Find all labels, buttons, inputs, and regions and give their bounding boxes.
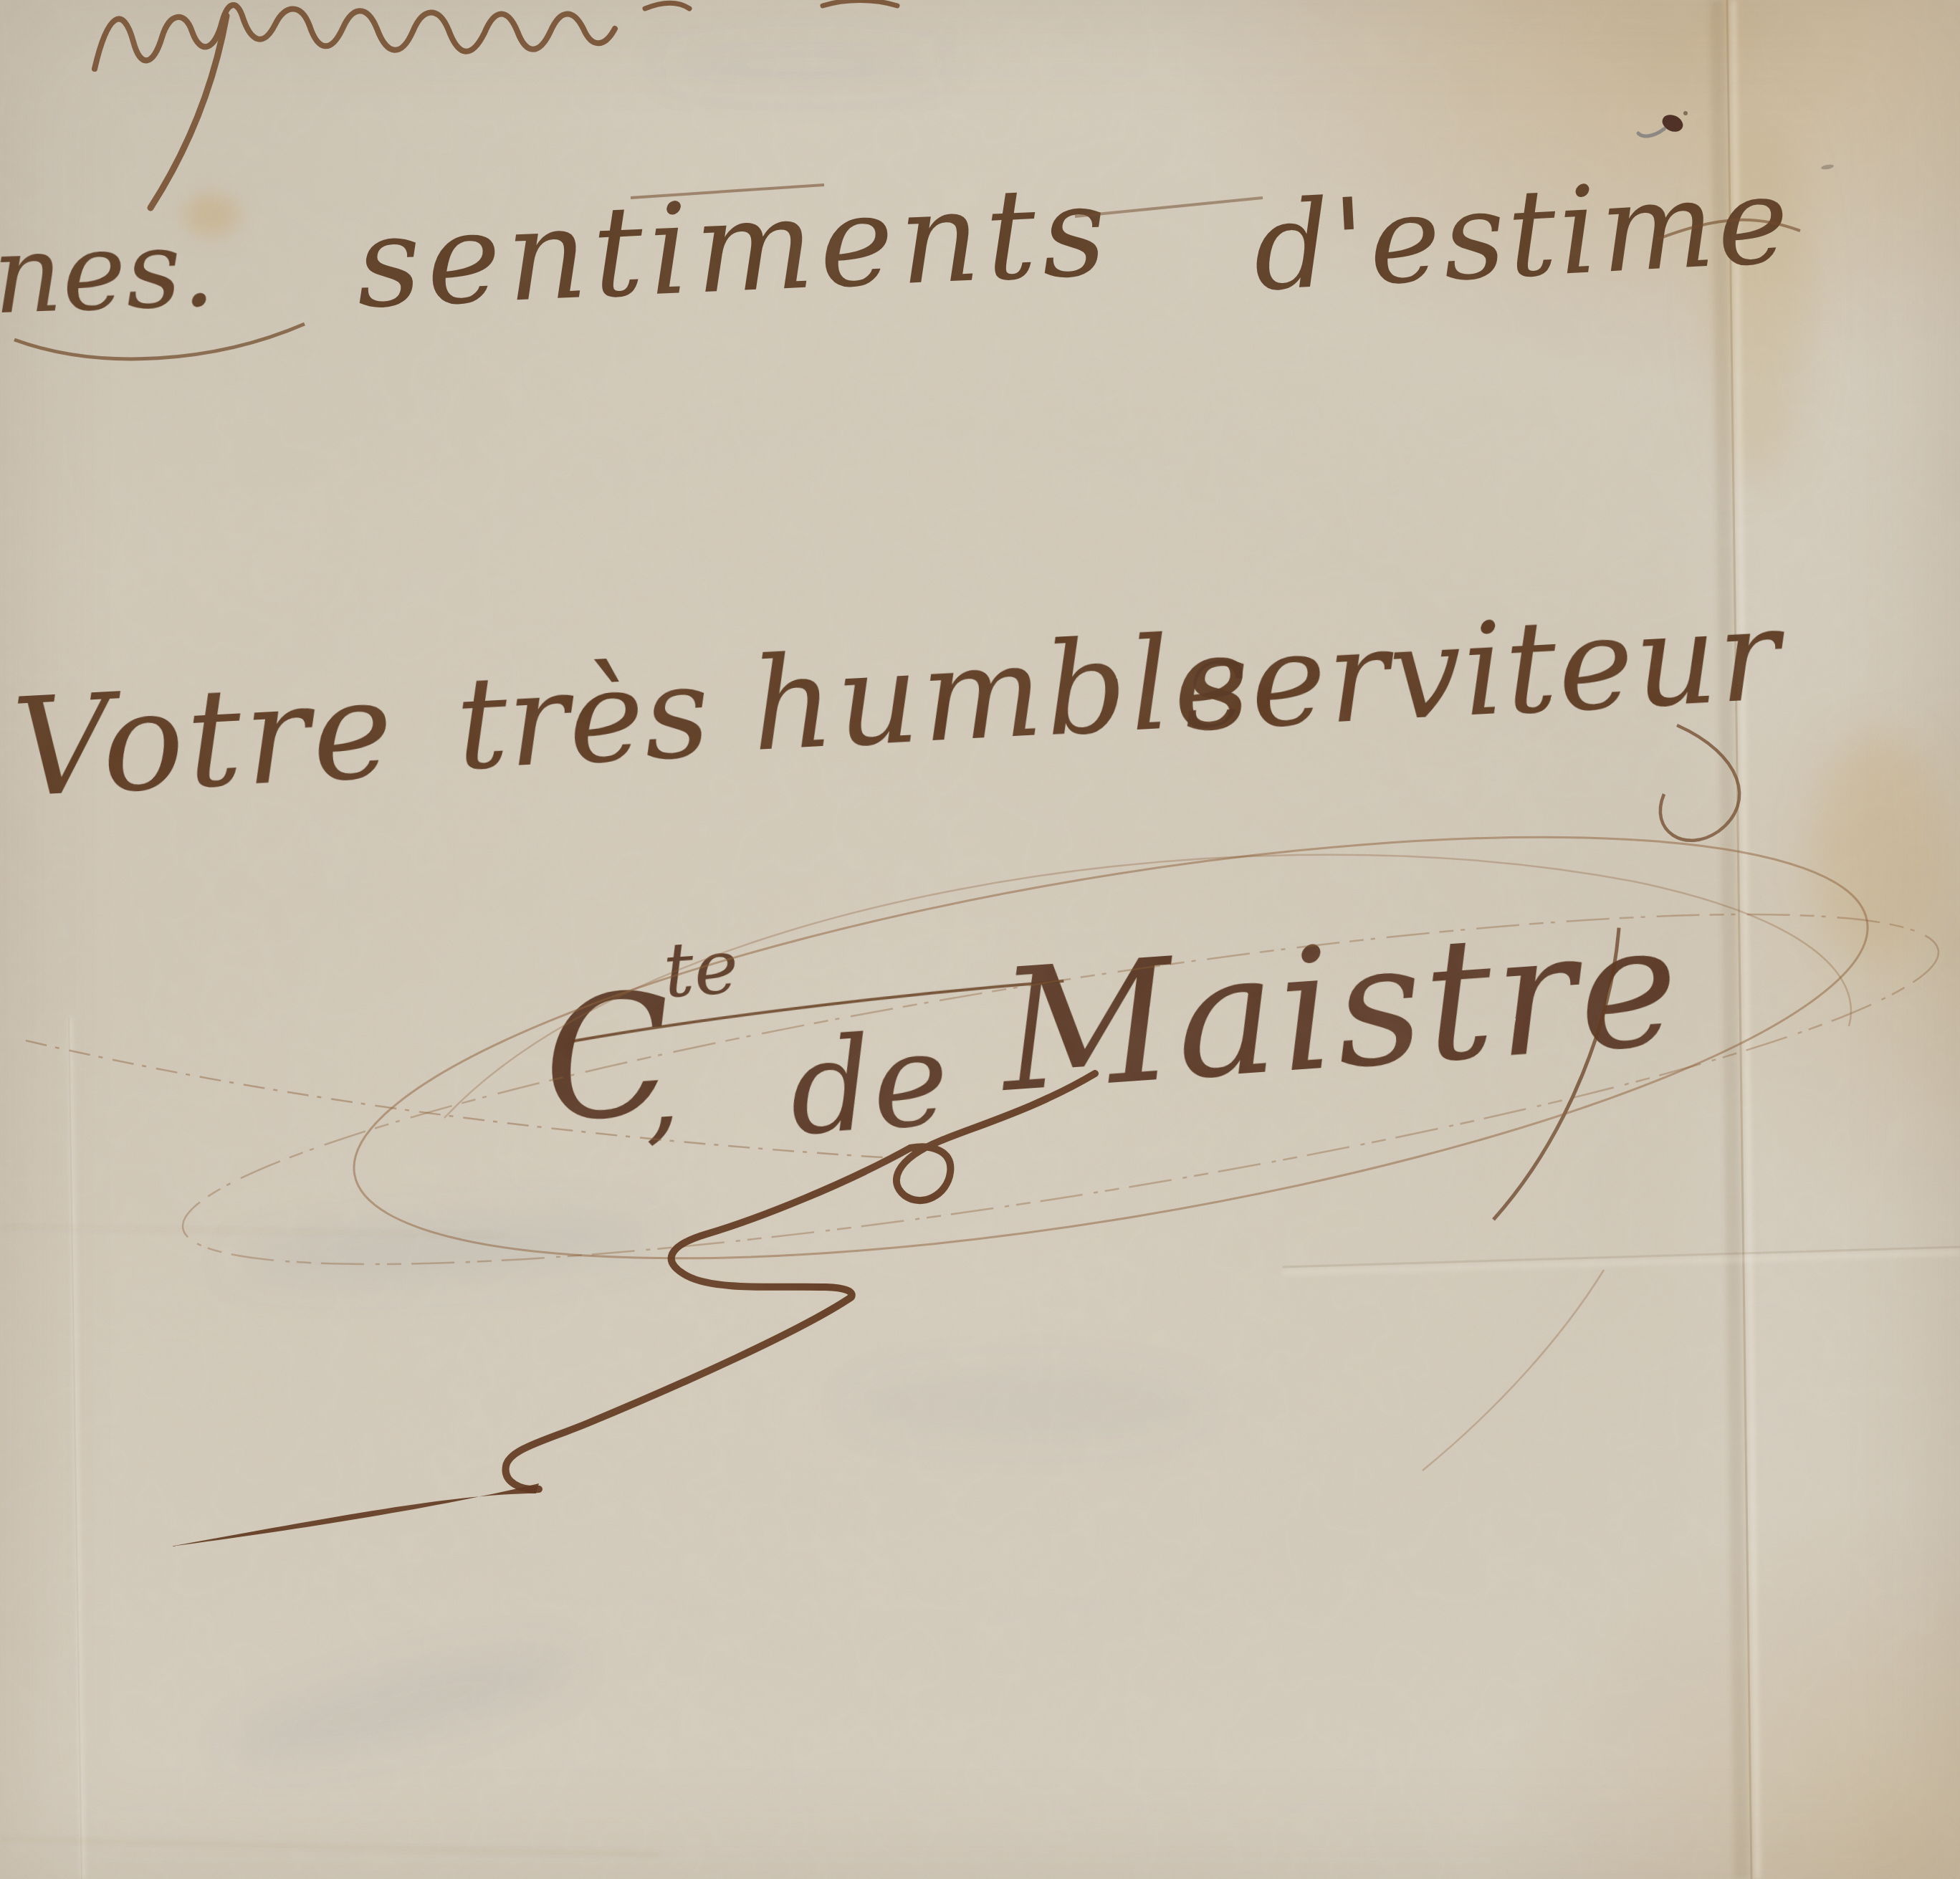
letter-artwork: nes. sentiments d'estime Votre très humb… xyxy=(0,0,1960,1879)
paper-grain-fine xyxy=(0,0,1960,1879)
letter-paper-photo: nes. sentiments d'estime Votre très humb… xyxy=(0,0,1960,1879)
